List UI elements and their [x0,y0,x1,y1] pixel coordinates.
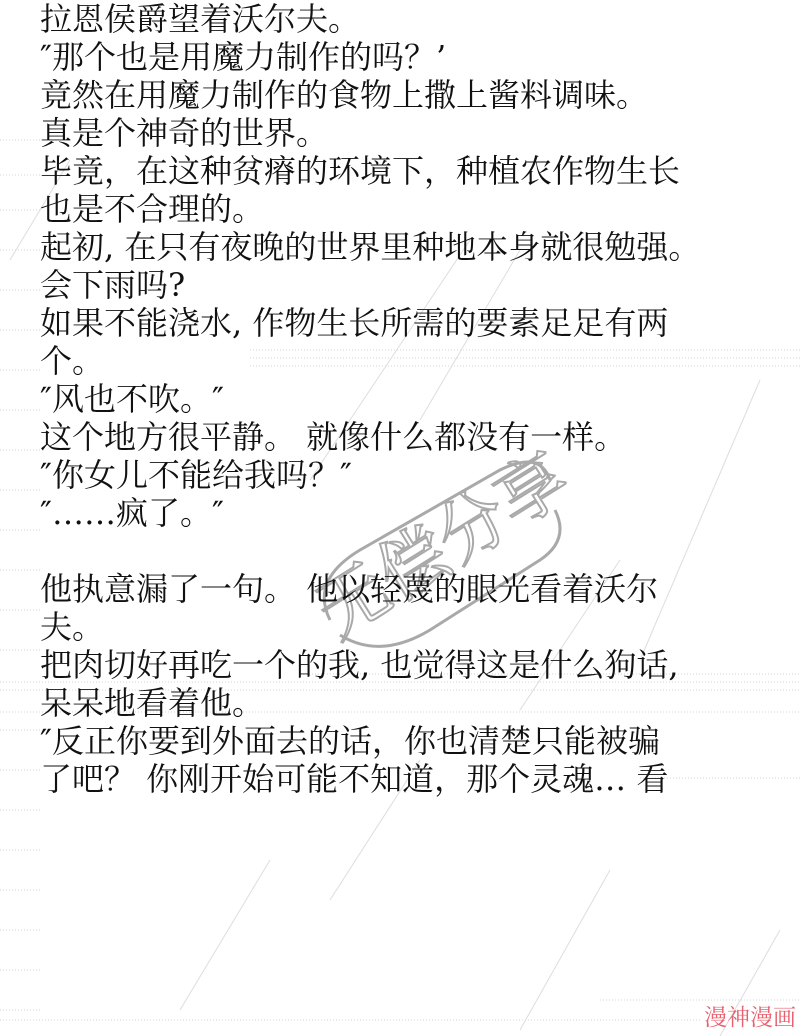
text-line: ″那个也是用魔力制作的吗？’ [40,38,790,76]
text-line: 夫。 [40,608,790,646]
text-line: ″反正你要到外面去的话，你也清楚只能被骗 [40,722,790,760]
text-line: ″你女儿不能给我吗？″ [40,456,790,494]
text-line: 了吧？ 你刚开始可能不知道，那个灵魂… 看 [40,760,790,798]
text-line: ″风也不吹。″ [40,380,790,418]
text-line: 会下雨吗? [40,266,790,304]
text-line: 起初, 在只有夜晚的世界里种地本身就很勉强。 [40,228,790,266]
text-line: ″……疯了。″ [40,494,790,532]
text-line: 他执意漏了一句。 他以轻蔑的眼光看着沃尔 [40,570,790,608]
blank-line [40,532,790,570]
text-line: 这个地方很平静。 就像什么都没有一样。 [40,418,790,456]
text-line: 毕竟，在这种贫瘠的环境下，种植农作物生长 [40,152,790,190]
document-page: 拉恩侯爵望着沃尔夫。 ″那个也是用魔力制作的吗？’ 竟然在用魔力制作的食物上撒上… [40,0,790,798]
text-line: 也是不合理的。 [40,190,790,228]
corner-watermark: 漫神漫画 [704,999,796,1032]
text-line: 把肉切好再吃一个的我, 也觉得这是什么狗话, [40,646,790,684]
text-line: 拉恩侯爵望着沃尔夫。 [40,0,790,38]
text-line: 竟然在用魔力制作的食物上撒上酱料调味。 [40,76,790,114]
text-line: 呆呆地看着他。 [40,684,790,722]
text-line: 个。 [40,342,790,380]
text-line: 如果不能浇水, 作物生长所需的要素足足有两 [40,304,790,342]
text-line: 真是个神奇的世界。 [40,114,790,152]
